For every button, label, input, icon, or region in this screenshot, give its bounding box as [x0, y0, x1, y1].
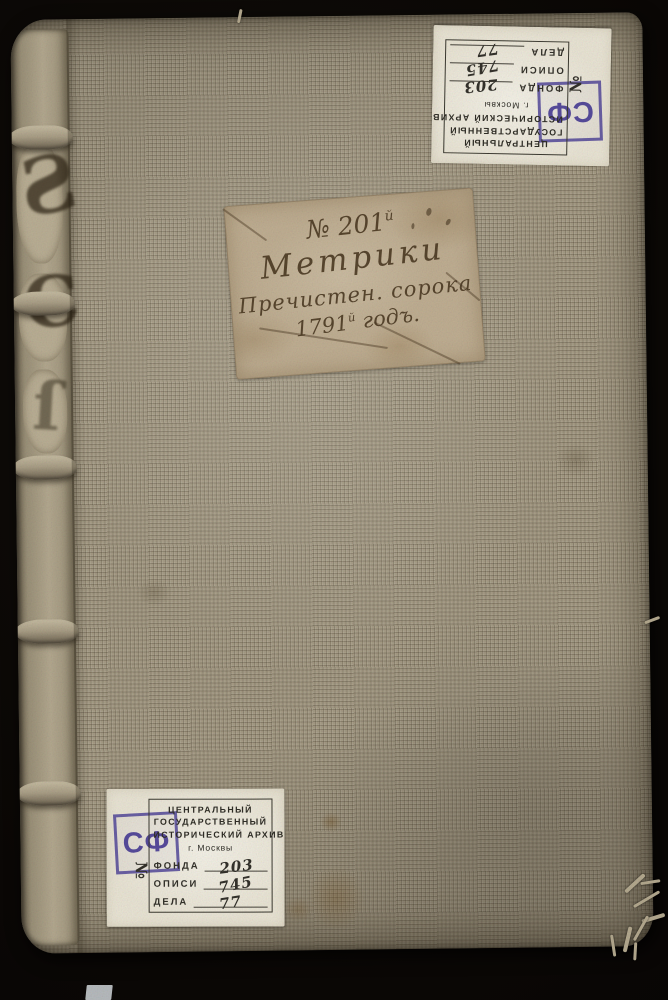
spine-raised-band — [17, 781, 81, 806]
stain — [283, 896, 313, 922]
archive-label-box: ЦЕНТРАЛЬНЫЙ ГОСУДАРСТВЕННЫЙ ИСТОРИЧЕСКИЙ… — [148, 799, 272, 913]
fond-row: ФОНДА 203 — [154, 859, 268, 872]
spine-raised-band — [10, 125, 73, 150]
opis-rule: 745 — [450, 62, 515, 76]
delo-label: ДЕЛА — [529, 46, 564, 58]
delo-rule: 77 — [450, 44, 525, 58]
book-cover: S С ſ № 201й Метрики Пречистен. сорока — [10, 12, 653, 954]
opis-row: ОПИСИ 745 — [450, 62, 564, 77]
archive-label-bottom: СФ № ЦЕНТРАЛЬНЫЙ ГОСУДАРСТВЕННЫЙ ИСТОРИЧ… — [106, 789, 284, 927]
delo-label: ДЕЛА — [154, 897, 189, 908]
opis-row: ОПИСИ 745 — [154, 877, 268, 890]
org-line: ИСТОРИЧЕСКИЙ АРХИВ — [154, 828, 268, 841]
org-city-line: г. Москвы — [154, 842, 268, 854]
spine-ink-mark: ſ — [31, 373, 63, 441]
fond-label: ФОНДА — [154, 861, 200, 872]
delo-rule: 77 — [193, 895, 267, 908]
support-tab — [85, 985, 113, 1000]
stain — [307, 866, 366, 931]
title-number: 201 — [336, 207, 387, 241]
burlap-thread — [633, 942, 637, 960]
archive-label-box: ЦЕНТРАЛЬНЫЙ ГОСУДАРСТВЕННЫЙ ИСТОРИЧЕСКИЙ… — [443, 39, 569, 155]
org-line: ЦЕНТРАЛЬНЫЙ — [448, 136, 562, 150]
org-line: ГОСУДАРСТВЕННЫЙ — [153, 816, 267, 829]
fond-row: ФОНДА 203 — [449, 80, 563, 95]
opis-label: ОПИСИ — [519, 64, 564, 76]
title-number-sup: й — [384, 208, 395, 225]
numero-sign: № — [305, 213, 332, 244]
org-city-line: г. Москвы — [449, 98, 563, 112]
fond-label: ФОНДА — [517, 82, 563, 94]
numero-stamp: № — [566, 75, 585, 93]
fond-rule: 203 — [449, 80, 512, 94]
archive-label-top: СФ № ЦЕНТРАЛЬНЫЙ ГОСУДАРСТВЕННЫЙ ИСТОРИЧ… — [431, 25, 612, 166]
org-line: ГОСУДАРСТВЕННЫЙ — [448, 124, 562, 138]
stain — [137, 578, 171, 606]
delo-row: ДЕЛА 77 — [154, 895, 268, 908]
delo-value: 77 — [218, 892, 243, 913]
stain — [556, 443, 596, 477]
spine-raised-band — [13, 455, 77, 480]
delo-value: 77 — [475, 40, 500, 61]
spine-raised-band — [11, 291, 75, 316]
org-line: ЦЕНТРАЛЬНЫЙ — [153, 804, 267, 817]
delo-row: ДЕЛА 77 — [450, 44, 564, 59]
crease-line — [374, 321, 461, 364]
spine-raised-band — [15, 619, 79, 644]
opis-rule: 745 — [203, 877, 267, 890]
photo-stage: S С ſ № 201й Метрики Пречистен. сорока — [0, 0, 668, 1000]
front-cover: S С ſ № 201й Метрики Пречистен. сорока — [10, 12, 653, 954]
opis-label: ОПИСИ — [154, 879, 199, 890]
fond-rule: 203 — [205, 859, 268, 872]
title-label: № 201й Метрики Пречистен. сорока 1791й г… — [223, 188, 485, 380]
stain — [320, 812, 342, 832]
